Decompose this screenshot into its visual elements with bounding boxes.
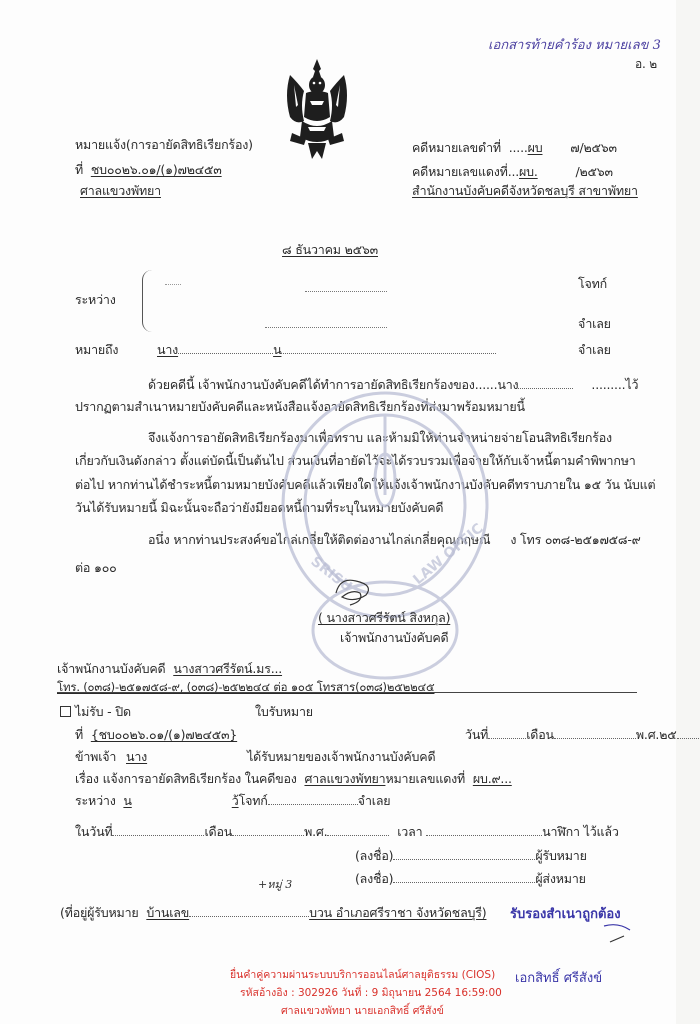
receiver-signature-line: (ลงชื่อ)ผู้รับหมาย	[355, 846, 587, 866]
party-brace	[142, 270, 154, 332]
paragraph-3-line-2: ต่อ ๑๐๐	[75, 558, 117, 578]
officer-line: เจ้าพนักงานบังคับคดี นางสาวศรีรัตน์.มร..…	[57, 659, 282, 679]
paragraph-2-line-3: ต่อไป หากท่านได้ชำระหนี้ตามหมายบังคับคดี…	[75, 475, 655, 495]
between-label: ระหว่าง	[75, 290, 116, 310]
receipt-served-on-line: ในวันที่เดือนพ.ศ. เวลา นาฬิกา ไว้แล้ว	[75, 822, 619, 842]
reference-line: ที่ ชบ๐๐๒๖.๐๑/(๑)๗๒๔๕๓	[75, 160, 222, 180]
section-divider	[57, 692, 637, 693]
cios-footer-line-2: รหัสอ้างอิง : 302926 วันที่ : 9 มิถุนายน…	[240, 984, 502, 1001]
black-case-line: คดีหมายเลขดำที่ .....ผบ ๗/๒๕๖๓	[412, 138, 617, 158]
refuse-close-label: ไม่รับ - ปิด	[75, 704, 131, 719]
refuse-close-checkbox[interactable]	[60, 706, 71, 717]
garuda-emblem-icon	[282, 55, 352, 165]
officer-name: นางสาวศรีรัตน์.มร...	[173, 661, 282, 676]
receipt-ref-number: {ชบ๐๐๒๖.๐๑/(๑)๗๒๔๕๓}	[91, 727, 237, 742]
paragraph-2-line-2: เกี่ยวกับเงินดังกล่าว ตั้งแต่บัดนี้เป็นต…	[75, 451, 636, 471]
enforcement-office: สำนักงานบังคับคดีจังหวัดชลบุรี สาขาพัทยา	[412, 181, 638, 201]
mediation-phone: ง โทร ๐๓๘-๒๕๑๗๕๘-๙	[510, 532, 640, 547]
notice-title: หมายแจ้ง(การอายัดสิทธิเรียกร้อง)	[75, 135, 253, 155]
red-case-number: /๒๕๖๓	[575, 164, 612, 179]
court-notice-page: เอกสารท้ายคำร้อง หมายเลข 3 อ. ๒ หมายแจ้ง…	[0, 0, 700, 1024]
red-case-line: คดีหมายเลขแดงที่...ผบ. /๒๕๖๓	[412, 162, 613, 182]
sender-signature-line: (ลงชื่อ)ผู้ส่งหมาย	[355, 869, 586, 889]
receipt-subject-line: เรื่อง แจ้งการอายัดสิทธิเรียกร้อง ในคดีข…	[75, 769, 512, 789]
reference-number: ชบ๐๐๒๖.๐๑/(๑)๗๒๔๕๓	[91, 162, 222, 177]
receipt-between-line: ระหว่าง นว้โจทก์จำเลย	[75, 791, 390, 811]
cios-footer-line-3: ศาลแขวงพัทยา นายเอกสิทธิ์ ศรีสังข์	[281, 1002, 444, 1019]
handwritten-address-note: +หมู่ 3	[258, 875, 292, 893]
paragraph-1-line-2: ปรากฏตามสำเนาหมายบังคับคดีและหนังสือแจ้ง…	[75, 397, 525, 417]
reference-label: ที่	[75, 162, 83, 177]
handwritten-annotation: เอกสารท้ายคำร้อง หมายเลข 3	[488, 34, 661, 55]
notice-date: ๘ ธันวาคม ๒๕๖๓	[282, 240, 378, 260]
receipt-ref-line: ที่ {ชบ๐๐๒๖.๐๑/(๑)๗๒๔๕๓}	[75, 725, 237, 745]
signer-position: เจ้าพนักงานบังคับคดี	[340, 628, 448, 648]
scan-edge	[676, 0, 700, 1024]
black-case-number: ๗/๒๕๖๓	[570, 140, 617, 155]
addressee-label: หมายถึง	[75, 340, 118, 360]
plaintiff-role: โจทก์	[578, 274, 607, 294]
cios-footer-line-1: ยื่นคำคู่ความผ่านระบบบริการออนไลน์ศาลยุต…	[230, 966, 495, 983]
defendant-name-line	[265, 318, 387, 328]
black-case-label: คดีหมายเลขดำที่	[412, 140, 501, 155]
paragraph-2-line-4: วันได้รับหมายนี้ มิฉะนั้นจะถือว่ายังมียอ…	[75, 498, 443, 518]
plaintiff-name-redacted	[165, 275, 181, 285]
defendant-role: จำเลย	[578, 314, 611, 334]
receipt-date-line: วันที่เดือนพ.ศ.๒๕	[465, 725, 700, 745]
signer-name: ( นางสาวศรีรัตน์ สิงหกุล)	[318, 608, 450, 628]
receipt-recipient-line: ข้าพเจ้า นางได้รับหมายของเจ้าพนักงานบังค…	[75, 747, 435, 767]
certification-initial-mark	[600, 922, 640, 946]
court-name: ศาลแขวงพัทยา	[80, 181, 161, 201]
officer-phone-line: โทร. (๐๓๘)-๒๕๑๗๕๘-๙, (๐๓๘)-๒๕๒๒๔๔ ต่อ ๑๐…	[57, 679, 434, 697]
addressee-role: จำเลย	[578, 340, 611, 360]
form-code: อ. ๒	[635, 55, 657, 74]
addressee-name: นางน	[157, 340, 496, 360]
plaintiff-name-line	[305, 282, 387, 292]
paragraph-1-line-1: ด้วยคดีนี้ เจ้าพนักงานบังคับคดีได้ทำการอ…	[148, 375, 638, 395]
refuse-close-checkbox-row[interactable]: ไม่รับ - ปิด	[60, 702, 131, 722]
seized-party-name: นาง	[497, 377, 518, 392]
black-case-prefix: ผบ	[528, 140, 543, 155]
red-case-label: คดีหมายเลขแดงที่	[412, 164, 508, 179]
recipient-address-line: (ที่อยู่ผู้รับหมาย บ้านเลขบวน อำเภอศรีรา…	[60, 903, 486, 923]
red-case-prefix: ผบ.	[519, 164, 538, 179]
paragraph-2-line-1: จึงแจ้งการอายัดสิทธิเรียกร้องมาเพื่อทราบ…	[148, 428, 612, 448]
certifier-name: เอกสิทธิ์ ศรีสังข์	[515, 967, 602, 988]
certified-copy-stamp: รับรองสำเนาถูกต้อง	[510, 903, 621, 924]
receipt-title: ใบรับหมาย	[255, 702, 313, 722]
signature-scribble	[330, 575, 380, 607]
paragraph-3-line-1: อนึ่ง หากท่านประสงค์ขอไกล่เกลี่ยให้ติดต่…	[148, 530, 641, 550]
